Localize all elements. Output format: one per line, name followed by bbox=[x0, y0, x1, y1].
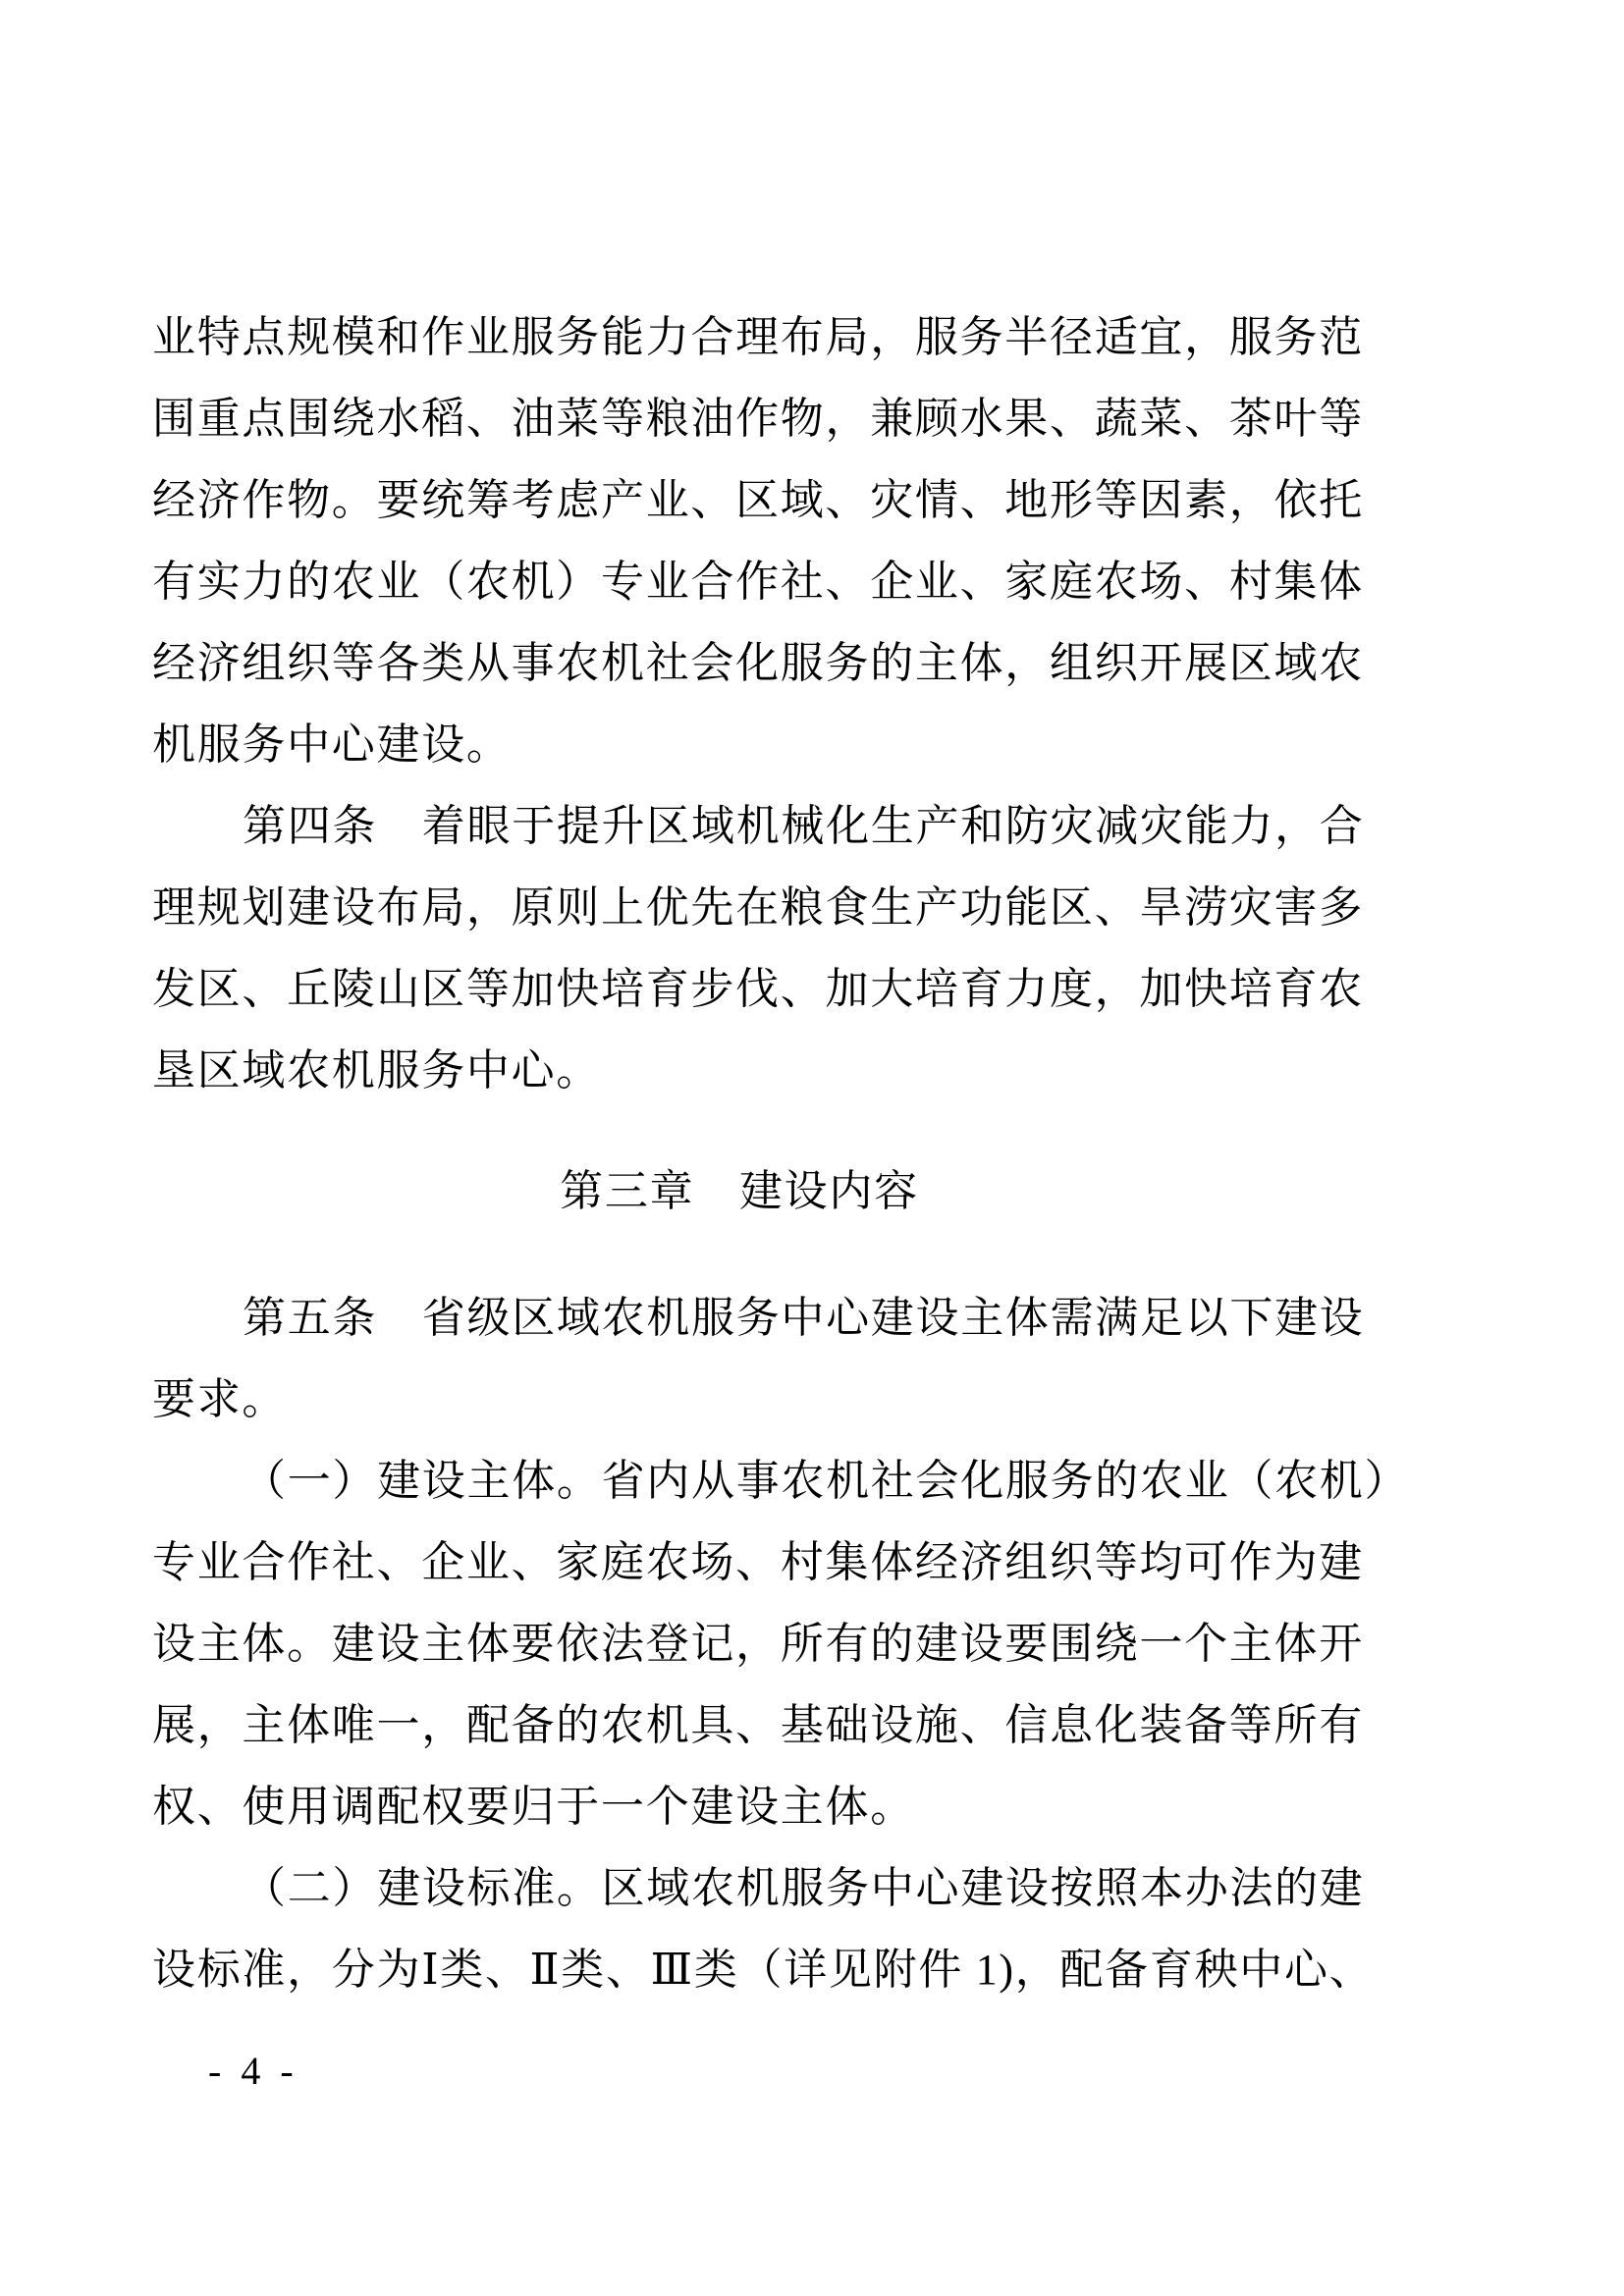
body-line: 专业合作社、企业、家庭农场、村集体经济组织等均可作为建 bbox=[152, 1522, 1326, 1603]
body-line: 机服务中心建设。 bbox=[152, 704, 1326, 785]
body-line: 经济作物。要统筹考虑产业、区域、灾情、地形等因素，依托 bbox=[152, 459, 1326, 541]
body-line: 设标准，分为Ⅰ类、Ⅱ类、Ⅲ类（详见附件 1)，配备育秧中心、 bbox=[152, 1929, 1326, 2010]
body-line: 经济组织等各类从事农机社会化服务的主体，组织开展区域农 bbox=[152, 622, 1326, 704]
item-2-first-line: （二）建设标准。区域农机服务中心建设按照本办法的建 bbox=[152, 1847, 1326, 1929]
chapter-heading: 第三章 建设内容 bbox=[152, 1150, 1326, 1232]
article-4-first-line: 第四条 着眼于提升区域机械化生产和防灾减灾能力，合 bbox=[152, 785, 1326, 867]
body-line: 垦区域农机服务中心。 bbox=[152, 1030, 1326, 1111]
body-line: 发区、丘陵山区等加快培育步伐、加大培育力度，加快培育农 bbox=[152, 948, 1326, 1030]
item-1-first-line: （一）建设主体。省内从事农机社会化服务的农业（农机） bbox=[152, 1440, 1326, 1522]
body-line: 要求。 bbox=[152, 1359, 1326, 1440]
body-line: 权、使用调配权要归于一个建设主体。 bbox=[152, 1766, 1326, 1847]
body-line: 有实力的农业（农机）专业合作社、企业、家庭农场、村集体 bbox=[152, 541, 1326, 622]
page-number: - 4 - bbox=[208, 2050, 298, 2093]
article-5-first-line: 第五条 省级区域农机服务中心建设主体需满足以下建设 bbox=[152, 1277, 1326, 1359]
document-page: 业特点规模和作业服务能力合理布局，服务半径适宜，服务范 围重点围绕水稻、油菜等粮… bbox=[0, 0, 1624, 2296]
body-line: 业特点规模和作业服务能力合理布局，服务半径适宜，服务范 bbox=[152, 296, 1326, 378]
body-line: 围重点围绕水稻、油菜等粮油作物，兼顾水果、蔬菜、茶叶等 bbox=[152, 378, 1326, 459]
body-line: 理规划建设布局，原则上优先在粮食生产功能区、旱涝灾害多 bbox=[152, 867, 1326, 948]
body-line: 展，主体唯一，配备的农机具、基础设施、信息化装备等所有 bbox=[152, 1684, 1326, 1766]
document-body: 业特点规模和作业服务能力合理布局，服务半径适宜，服务范 围重点围绕水稻、油菜等粮… bbox=[152, 296, 1326, 2010]
body-line: 设主体。建设主体要依法登记，所有的建设要围绕一个主体开 bbox=[152, 1603, 1326, 1684]
